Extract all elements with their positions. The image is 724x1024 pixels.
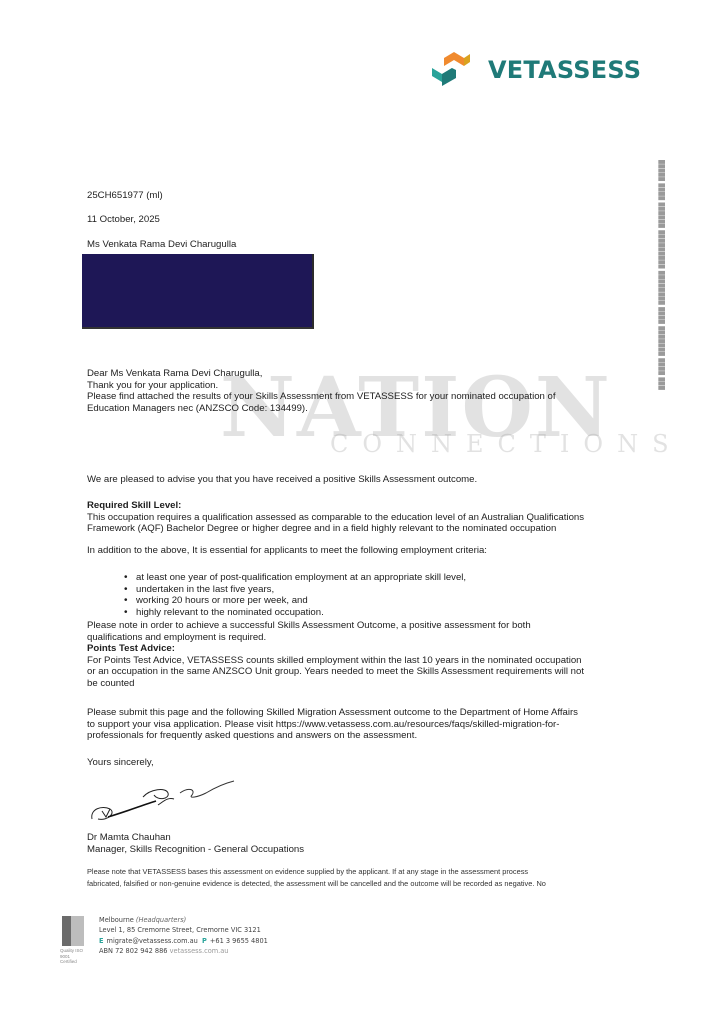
intro-line: Please find attached the results of your…: [87, 391, 556, 403]
footer-address: Level 1, 85 Cremorne Street, Cremorne VI…: [99, 925, 268, 935]
footer-abn: ABN 72 802 942 886: [99, 947, 168, 955]
points-test-line: For Points Test Advice, VETASSESS counts…: [87, 655, 584, 667]
salutation: Dear Ms Venkata Rama Devi Charugulla,: [87, 368, 556, 380]
footer-office-note: (Headquarters): [136, 916, 186, 924]
submit-line: professionals for frequently asked quest…: [87, 730, 578, 742]
submission-instructions: Please submit this page and the followin…: [87, 707, 578, 742]
phone-icon: P: [202, 937, 207, 945]
criteria-item: at least one year of post-qualification …: [124, 572, 466, 584]
outcome-statement: We are pleased to advise you that you ha…: [87, 474, 477, 486]
criteria-item: working 20 hours or more per week, and: [124, 595, 466, 607]
disclaimer-line: fabricated, falsified or non-genuine evi…: [87, 878, 546, 890]
disclaimer-line: Please note that VETASSESS bases this as…: [87, 866, 546, 878]
signatory-name: Dr Mamta Chauhan: [87, 832, 171, 844]
criteria-item: undertaken in the last five years,: [124, 584, 466, 596]
letter-intro: Dear Ms Venkata Rama Devi Charugulla, Th…: [87, 368, 556, 414]
points-test-line: be counted: [87, 678, 584, 690]
footer-email[interactable]: migrate@vetassess.com.au: [107, 937, 198, 945]
footer-badge-text: Quality ISO 9001 Certified: [60, 948, 86, 965]
reference-number: 25CH651977 (ml): [87, 190, 163, 202]
points-test-line: or an occupation in the same ANZSCO Unit…: [87, 666, 584, 678]
points-test-heading: Points Test Advice:: [87, 643, 584, 655]
recipient-name: Ms Venkata Rama Devi Charugulla: [87, 239, 236, 251]
vetassess-logo: VETASSESS: [430, 50, 641, 90]
intro-line: Thank you for your application.: [87, 380, 556, 392]
note-line: Please note in order to achieve a succes…: [87, 620, 584, 632]
signatory-title: Manager, Skills Recognition - General Oc…: [87, 844, 304, 856]
letter-date: 11 October, 2025: [87, 214, 160, 226]
email-icon: E: [99, 937, 104, 945]
signature-image: [88, 775, 238, 825]
criteria-intro: In addition to the above, It is essentia…: [87, 545, 487, 557]
footer-office: Melbourne: [99, 916, 134, 924]
note-line: qualifications and employment is require…: [87, 632, 584, 644]
footer-website[interactable]: vetassess.com.au: [170, 947, 229, 955]
intro-line: Education Managers nec (ANZSCO Code: 134…: [87, 403, 556, 415]
required-skill-level-section: Required Skill Level: This occupation re…: [87, 500, 584, 535]
skill-level-line: Framework (AQF) Bachelor Degree or highe…: [87, 523, 584, 535]
footer-contact: Melbourne (Headquarters) Level 1, 85 Cre…: [99, 915, 268, 957]
footer-phone[interactable]: +61 3 9655 4801: [210, 937, 268, 945]
redacted-address-block: [82, 254, 314, 329]
criteria-item: highly relevant to the nominated occupat…: [124, 607, 466, 619]
side-serial-text: █████ ████ ██████ █████████ ████████ ███…: [652, 160, 666, 605]
disclaimer: Please note that VETASSESS bases this as…: [87, 866, 546, 889]
vetassess-chevron-icon: [430, 50, 476, 90]
skill-level-line: This occupation requires a qualification…: [87, 512, 584, 524]
submit-line: to support your visa application. Please…: [87, 719, 578, 731]
outcome-note: Please note in order to achieve a succes…: [87, 620, 584, 690]
footer-quality-logo: [62, 916, 84, 946]
criteria-list: at least one year of post-qualification …: [124, 572, 466, 618]
watermark-sub: CONNECTIONS: [330, 430, 683, 458]
brand-name: VETASSESS: [488, 56, 641, 84]
submit-line: Please submit this page and the followin…: [87, 707, 578, 719]
closing: Yours sincerely,: [87, 757, 154, 769]
skill-level-heading: Required Skill Level:: [87, 500, 584, 512]
